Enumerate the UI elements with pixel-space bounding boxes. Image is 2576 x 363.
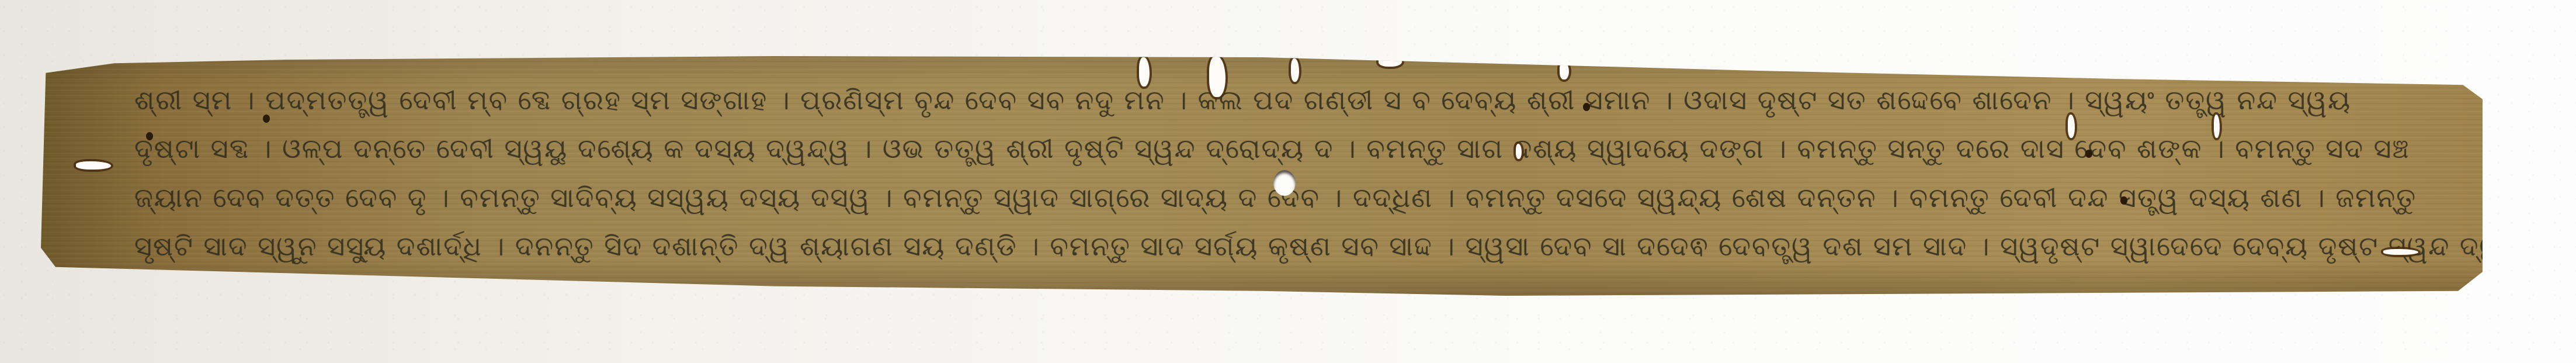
insect-damage xyxy=(2383,249,2418,255)
insect-damage xyxy=(1291,58,1299,82)
manuscript-line-2: ଦୃଷ୍ଟା ସବ୍ଦ । ଓଳ୍ପ ଦନ୍ତେ ଦେବୀ ସ୍ୱୟୁ ଦଶ୍ୟ… xyxy=(134,128,2436,169)
wormhole xyxy=(1583,103,1590,111)
manuscript-line-1: ଶ୍ରୀ ସ୍ମ । ପଦ୍ମତତ୍ତ୍ୱ ଦେବୀ ମ୍ବ ବ୍ଦେ ଗ୍ରହ… xyxy=(134,79,2436,120)
manuscript-line-4: ସୃଷ୍ଟି ସାଦ ସ୍ୱୁନ ସସ୍ୟୁ ଦଶାର୍ଦ୍ଧି । ଦନନ୍ତ… xyxy=(134,226,2436,267)
wormhole xyxy=(263,115,270,123)
insect-damage xyxy=(2214,115,2220,138)
insect-damage xyxy=(1516,144,1522,159)
binding-string-hole xyxy=(1273,170,1296,196)
insect-damage xyxy=(2068,115,2075,138)
wormhole xyxy=(2120,196,2127,205)
wormhole xyxy=(146,132,153,140)
wormhole xyxy=(2085,150,2092,158)
insect-damage xyxy=(1139,57,1150,87)
insect-damage xyxy=(76,161,111,170)
palm-leaf-folio: ଶ୍ରୀ ସ୍ମ । ପଦ୍ମତତ୍ତ୍ୱ ଦେବୀ ମ୍ବ ବ୍ଦେ ଗ୍ରହ… xyxy=(41,56,2483,296)
